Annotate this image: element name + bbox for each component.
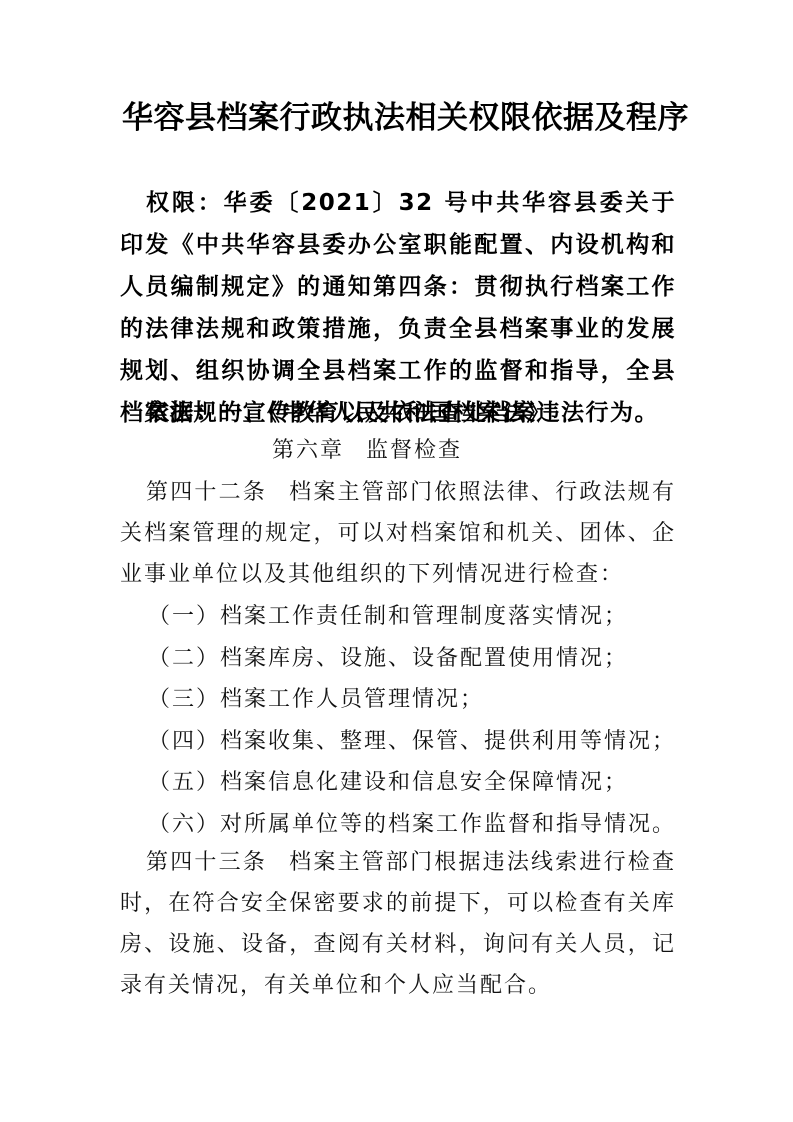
- list-item: （五）档案信息化建设和信息安全保障情况；: [148, 762, 678, 804]
- list-item: （六）对所属单位等的档案工作监督和指导情况。: [148, 804, 678, 846]
- list-item: （二）档案库房、设施、设备配置使用情况；: [148, 638, 678, 680]
- basis-label: 依据：: [146, 400, 220, 426]
- list-item: （四）档案收集、整理、保管、提供利用等情况；: [148, 721, 678, 763]
- document-title: 华容县档案行政执法相关权限依据及程序: [122, 98, 682, 138]
- basis-paragraph: 依据：一、《中华人民共和国档案法》: [120, 392, 676, 434]
- authority-text: 华委〔2021〕32 号中共华容县委关于印发《中共华容县委办公室职能配置、内设机…: [120, 190, 676, 426]
- authority-label: 权限：: [146, 190, 224, 216]
- article-number: 第四十二条: [146, 480, 267, 505]
- inspection-items-list: （一）档案工作责任制和管理制度落实情况； （二）档案库房、设施、设备配置使用情况…: [148, 596, 678, 845]
- list-item: （一）档案工作责任制和管理制度落实情况；: [148, 596, 678, 638]
- chapter-name: 监督检查: [366, 438, 462, 463]
- article-42: 第四十二条档案主管部门依照法律、行政法规有关档案管理的规定，可以对档案馆和机关、…: [120, 472, 676, 595]
- article-number: 第四十三条: [146, 850, 267, 875]
- basis-text: 一、《中华人民共和国档案法》: [220, 400, 552, 426]
- list-item: （三）档案工作人员管理情况；: [148, 679, 678, 721]
- chapter-number: 第六章: [272, 438, 344, 463]
- article-43: 第四十三条档案主管部门根据违法线索进行检查时，在符合安全保密要求的前提下，可以检…: [120, 842, 676, 1006]
- chapter-heading: 第六章监督检查: [272, 430, 462, 471]
